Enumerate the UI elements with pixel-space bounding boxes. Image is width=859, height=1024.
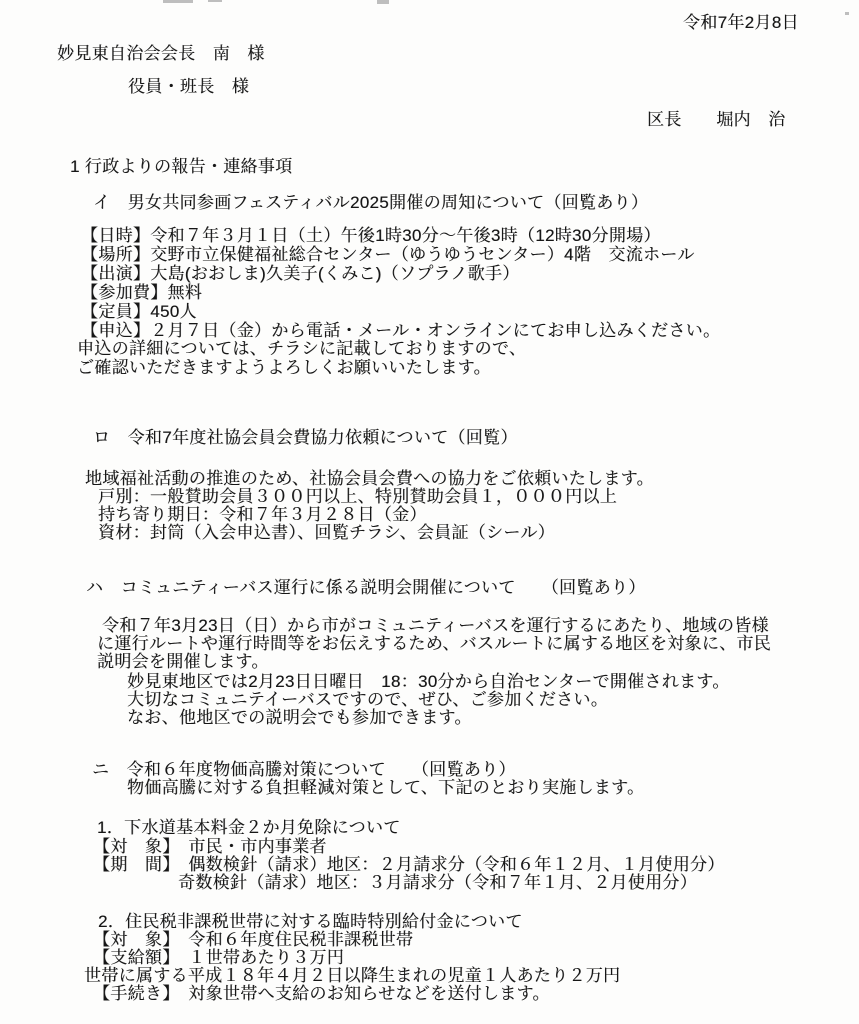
topic-1-line: 【対 象】 市民・市内事業者 [93, 837, 327, 856]
topic-2-line: 【手続き】 対象世帯へ支給のお知らせなどを送付します。 [93, 984, 550, 1003]
topic-2-line: 【支給額】 １世帯あたり３万円 [93, 948, 344, 967]
item-ha-note-line: なお、他地区での説明会でも参加できます。 [127, 708, 472, 727]
item-ha-note-line: 妙見東地区では2月23日日曜日 18：30分から自治センターで開催されます。 [127, 672, 730, 691]
topic-2-heading: 2．住民税非課税世帯に対する臨時特別給付金について [98, 912, 523, 931]
topic-1-heading: 1．下水道基本料金２か月免除について [97, 818, 401, 837]
item-ro-line: 資材：封筒（入会申込書）、回覧チラシ、会員証（シール） [98, 523, 555, 542]
item-i-line: 【出演】大島(おおしま)久美子(くみこ)（ソプラノ歌手） [81, 264, 520, 283]
topic-2-line: 【対 象】 令和６年度住民税非課税世帯 [93, 930, 413, 949]
scan-speck [208, 0, 222, 2]
document-page: 令和7年2月8日 妙見東自治会会長 南 様 役員・班長 様 区長 堀内 治 1 … [0, 0, 859, 1024]
item-i-line: 申込の詳細については、チラシに記載しておりますので、 [77, 339, 526, 358]
item-i-line: 【定員】450人 [81, 302, 197, 321]
sender-name: 区長 堀内 治 [647, 110, 785, 129]
item-ro-line: 地域福祉活動の推進のため、社協会員会費への協力をご依頼いたします。 [85, 469, 654, 488]
topic-1-line: 【期 間】 偶数検針（請求）地区：２月請求分（令和６年１２月、１月使用分） [93, 855, 725, 874]
item-i-line: 【場所】交野市立保健福祉総合センター（ゆうゆうセンター）4階 交流ホール [81, 245, 695, 264]
item-i-line: 【申込】２月７日（金）から電話・メール・オンラインにてお申し込みください。 [81, 321, 720, 340]
doc-date: 令和7年2月8日 [683, 13, 799, 32]
item-i-line: ご確認いただきますようよろしくお願いいたします。 [77, 358, 491, 377]
item-i-heading: イ 男女共同参画フェスティバル2025開催の周知について（回覧あり） [93, 193, 648, 212]
item-ha-note-line: 大切なコミュニテイーバスですので、ぜひ、ご参加ください。 [127, 690, 608, 709]
topic-2-line: 世帯に属する平成１８年４月２日以降生まれの児童１人あたり２万円 [84, 966, 620, 985]
item-ha-paragraph-line: 説明会を開催します。 [97, 652, 269, 671]
scan-speck [377, 0, 389, 4]
topic-1-line: 奇数検針（請求）地区：３月請求分（令和７年１月、２月使用分） [178, 873, 697, 892]
item-ro-line: 戸別：一般賛助会員３００円以上、特別賛助会員１，０００円以上 [98, 487, 617, 506]
recipient-officers: 役員・班長 様 [128, 77, 249, 96]
item-ni-heading: ニ 令和６年度物価高騰対策について （回覧あり） [92, 760, 516, 779]
item-ro-line: 持ち寄り期日：令和７年３月２８日（金） [98, 505, 427, 524]
item-ha-heading: ハ コミュニティーバス運行に係る説明会開催について （回覧あり） [86, 578, 646, 597]
item-ni-subtitle: 物価高騰に対する負担軽減対策として、下記のとおり実施します。 [127, 778, 644, 797]
recipient-chairman: 妙見東自治会会長 南 様 [57, 44, 265, 63]
item-i-line: 【日時】令和７年３月１日（土）午後1時30分～午後3時（12時30分開場） [81, 226, 661, 245]
item-i-line: 【参加費】無料 [81, 283, 202, 302]
item-ha-paragraph-line: 令和７年3月23日（日）から市がコミュニティーバスを運行するにあたり、地域の皆様 [102, 616, 769, 635]
section-1-title: 1 行政よりの報告・連絡事項 [70, 157, 292, 176]
scan-speck [163, 0, 193, 3]
scan-speck [845, 12, 849, 15]
item-ha-paragraph-line: に運行ルートや運行時間等をお伝えするため、バスルートに属する地区を対象に、市民 [97, 634, 771, 653]
item-ro-heading: ロ 令和7年度社協会員会費協力依頼について（回覧） [93, 428, 518, 447]
